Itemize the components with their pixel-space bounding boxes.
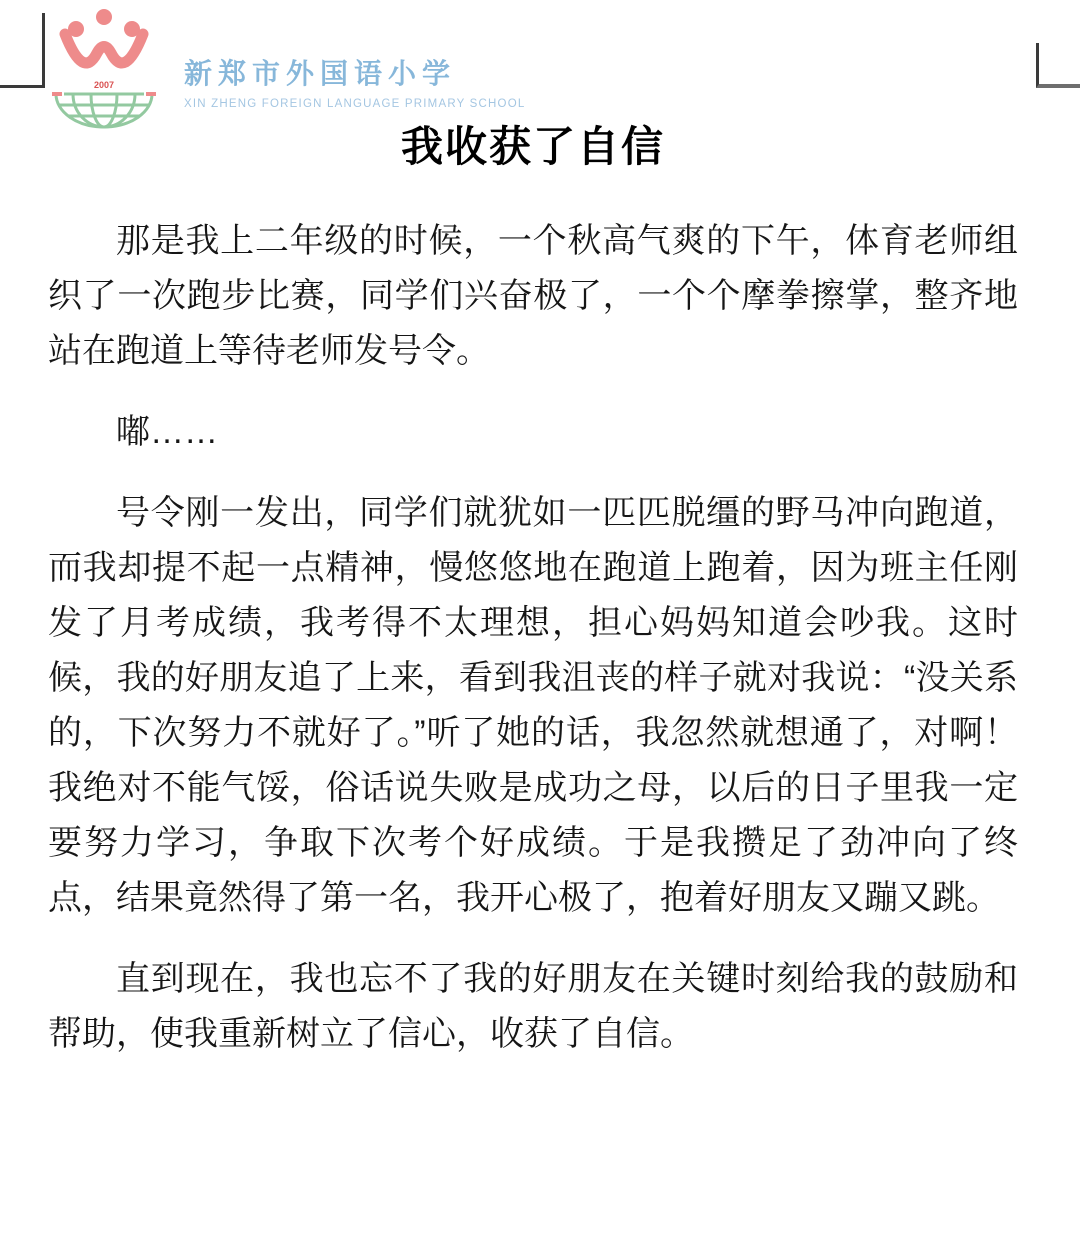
logo-year-label: 2007 [94,80,114,90]
essay-title: 我收获了自信 [48,114,1018,174]
scan-corner-mark-left [0,13,45,88]
essay-paragraph-2: 嘟…… [48,405,1018,460]
school-name-chinese: 新郑市外国语小学 [184,52,525,92]
document-page: 2007 新郑市外国语小学 XIN ZHENG FOREIGN LANGUAGE… [0,0,1080,1234]
essay-paragraph-3: 号令刚一发出，同学们就犹如一匹匹脱缰的野马冲向跑道，而我却提不起一点精神，慢悠悠… [48,486,1018,926]
school-name-block: 新郑市外国语小学 XIN ZHENG FOREIGN LANGUAGE PRIM… [184,8,525,110]
scan-corner-mark-right [1036,43,1080,88]
essay-paragraph-4: 直到现在，我也忘不了我的好朋友在关键时刻给我的鼓励和帮助，使我重新树立了信心，收… [48,952,1018,1062]
essay-body: 我收获了自信 那是我上二年级的时候，一个秋高气爽的下午，体育老师组织了一次跑步比… [48,108,1018,1088]
essay-paragraph-1: 那是我上二年级的时候，一个秋高气爽的下午，体育老师组织了一次跑步比赛，同学们兴奋… [48,214,1018,379]
